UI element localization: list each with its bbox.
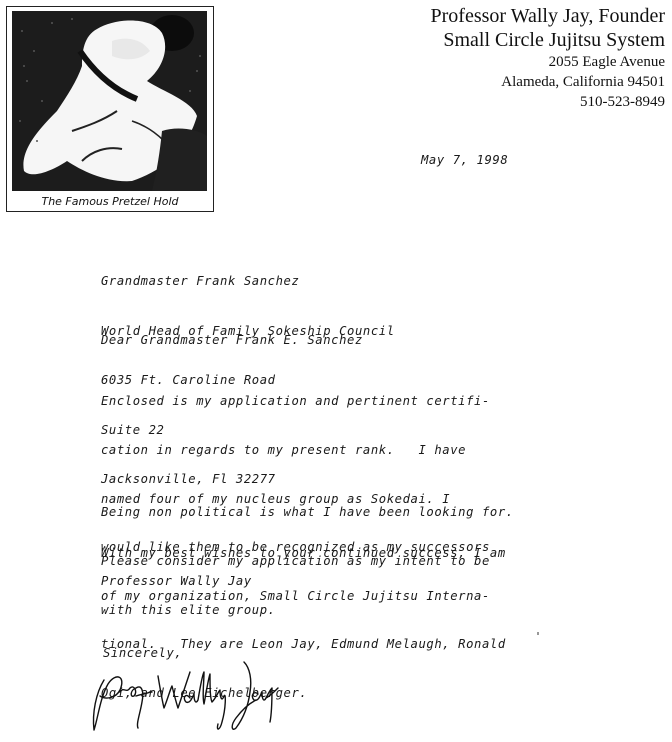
typed-signer-name: Professor Wally Jay xyxy=(101,574,252,588)
letterhead: Professor Wally Jay, Founder Small Circl… xyxy=(431,4,665,112)
paper-speck xyxy=(537,632,539,635)
letterhead-street: 2055 Eagle Avenue xyxy=(431,52,665,72)
letterhead-name: Professor Wally Jay, Founder xyxy=(431,4,665,28)
paragraph-line: with this elite group. xyxy=(101,602,514,618)
paragraph-line: cation in regards to my present rank. I … xyxy=(101,442,506,458)
letterhead-phone: 510-523-8949 xyxy=(431,92,665,112)
closing-line: With my best wishes to your continued su… xyxy=(101,546,506,560)
signature-icon xyxy=(86,658,286,742)
handwritten-signature xyxy=(86,658,286,742)
photo-caption: The Famous Pretzel Hold xyxy=(7,195,213,208)
paragraph-line: Being non political is what I have been … xyxy=(101,504,514,520)
pretzel-hold-photo xyxy=(12,11,207,191)
letterhead-city: Alameda, California 94501 xyxy=(431,72,665,92)
address-line: Grandmaster Frank Sanchez xyxy=(101,273,395,290)
salutation: Dear Grandmaster Frank E. Sanchez xyxy=(101,333,363,347)
letter-date: May 7, 1998 xyxy=(421,153,508,167)
photo-illustration-icon xyxy=(12,11,207,191)
paragraph-line: Enclosed is my application and pertinent… xyxy=(101,393,506,409)
photo-frame: The Famous Pretzel Hold xyxy=(6,6,214,212)
letterhead-organization: Small Circle Jujitsu System xyxy=(431,28,665,52)
